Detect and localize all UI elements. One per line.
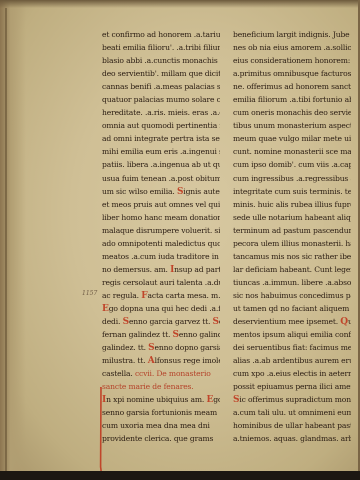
- line-text: galindez. tt.: [102, 343, 148, 352]
- text-line: pecora ulem illius monasterii. habi: [233, 237, 351, 250]
- text-line: dedi. Senno garcia garvez tt. Senno: [102, 315, 220, 328]
- line-text: patiis. libera .a.ingenua ab ut quodem: [102, 160, 220, 169]
- line-text: go dopna una qui hec dedi .a.fie sup.: [109, 304, 220, 313]
- line-text: ic offerimus supradictum monasterium: [239, 395, 351, 404]
- text-line: a.tniemos. aquas. glandmas. arbo: [233, 432, 351, 445]
- text-line: blasio abbi .a.cunctis monachis ibi: [102, 54, 220, 67]
- text-line: lar deficiam habeant. Cunt legeras: [233, 263, 351, 276]
- text-line: ut tamen qd no faciant aliquem: [233, 302, 351, 315]
- text-line: castella. ccvii. De monasterio: [102, 367, 220, 380]
- line-text: sede ulle notarium habeant aliquem: [233, 213, 351, 222]
- line-text: sic nos habuimus concedimus patri: [233, 291, 351, 300]
- line-text: acta carta mesa. m.c.xlvii.: [147, 291, 220, 300]
- line-text: blasio abbi .a.cunctis monachis ibi: [102, 56, 220, 65]
- line-text: malaque disrumpere voluerit. sit: [102, 226, 220, 235]
- line-text: lfonsus rege imoleto: [155, 356, 220, 365]
- line-text: meatos .a.cum iuda traditore in infer: [102, 252, 220, 261]
- line-text: integritate cum suis terminis. ter: [233, 187, 351, 196]
- line-text: deservientium mee ipsemet.: [233, 317, 340, 326]
- rubric-initial: A: [148, 356, 155, 366]
- margin-note: 1157: [82, 290, 97, 297]
- line-text: no demersus. am.: [102, 265, 170, 274]
- line-text: eius considerationem honorem: hac ratio: [233, 56, 351, 65]
- text-line: mihi emilia eum eris .a.ingenui sub: [102, 145, 220, 158]
- rubric-heading: sancte marie de fenares.: [102, 382, 194, 391]
- line-text: cannas benifi .a.meas palacias sunt: [102, 82, 220, 91]
- line-text: lar deficiam habeant. Cunt legeras: [233, 265, 351, 274]
- manuscript-page: 1157 et confirmo ad honorem .a.tariumbea…: [0, 0, 360, 471]
- text-line: hereditate. .a.ris. mieis. eras .a.colla…: [102, 106, 220, 119]
- line-text: cum uxoria mea dna mea dni: [102, 421, 210, 430]
- text-line: tibus unum monasterium aspecti: [233, 119, 351, 132]
- line-text: et meos pruis aut omnes vel quis: [102, 200, 220, 209]
- line-text: cunt. nomine monasterii sce marie: [233, 147, 351, 156]
- text-line: a.primitus omnibusque facturos remissio: [233, 67, 351, 80]
- line-text: tibus unum monasterium aspecti: [233, 121, 351, 130]
- line-text: cum xpo .a.eius electis in aeternum: [233, 369, 351, 378]
- line-text: a.primitus omnibusque facturos remissio: [233, 69, 351, 78]
- text-line: sic nos habuimus concedimus patri: [233, 289, 351, 302]
- text-line: omnia aut quomodi pertinentia mecoll: [102, 119, 220, 132]
- text-line: cum ingressibus .a.regressibus aliis: [233, 172, 351, 185]
- text-line: possit epiuamus perna ilici amen.: [233, 380, 351, 393]
- text-line: emilia filiorum .a.tibi fortunio abbi: [233, 93, 351, 106]
- rubric-heading: ccvii. De monasterio: [135, 369, 211, 378]
- text-line: Ego dopna una qui hec dedi .a.fie sup.: [102, 302, 220, 315]
- text-line: cum xpo .a.eius electis in aeternum: [233, 367, 351, 380]
- line-text: ignis autem: [183, 187, 220, 196]
- line-text: hominibus de ullar habeant pasti: [233, 421, 351, 430]
- text-line: hominibus de ullar habeant pasti: [233, 419, 351, 432]
- text-line: integritate cum suis terminis. ter: [233, 185, 351, 198]
- line-text: uatur: [348, 317, 351, 326]
- text-line: alias .a.ab ardentibus aurem eru .a.: [233, 354, 351, 367]
- text-line: deo servientib'. millam que dicitur: [102, 67, 220, 80]
- line-text: pecora ulem illius monasterii. habi: [233, 239, 351, 248]
- line-text: ado omnipotenti maledictus quomo: [102, 239, 220, 248]
- text-line: milustra. tt. Alfonsus rege imoleto: [102, 354, 220, 367]
- text-line: cum ipso domib'. cum viis .a.capitis.: [233, 158, 351, 171]
- text-line: mentos ipsum aliqui emilia confessor: [233, 328, 351, 341]
- text-line: beati emilia filioru'. .a.tribi filium p…: [102, 41, 220, 54]
- line-text: ne. offerimus ad honorem sanctissimi: [233, 82, 351, 91]
- text-line: sede ulle notarium habeant aliquem: [233, 211, 351, 224]
- line-text: et confirmo ad honorem .a.tarium: [102, 30, 220, 39]
- line-text: possit epiuamus perna ilici amen.: [233, 382, 351, 391]
- text-line: providente clerica. que grams: [102, 432, 220, 445]
- rubric-initial: Q: [340, 317, 348, 327]
- text-line: patiis. libera .a.ingenua ab ut quodem: [102, 158, 220, 171]
- line-text: senno garsia fortunionis meam: [102, 408, 217, 417]
- line-text: go: [213, 395, 220, 404]
- text-line: cunt. nomine monasterii sce marie: [233, 145, 351, 158]
- text-line: tiuncas .a.immun. libere .a.absolutio: [233, 276, 351, 289]
- line-text: liber homo hanc meam donationem: [102, 213, 220, 222]
- text-line: Sic offerimus supradictum monasterium: [233, 393, 351, 406]
- line-text: beneficium largit indignis. Jube: [233, 30, 350, 39]
- text-line: eius considerationem honorem: hac ratio: [233, 54, 351, 67]
- line-text: regis cersolaut auri talenta .a.duplu: [102, 278, 220, 287]
- line-text: terminum ad pastum pascendum ;: [233, 226, 351, 235]
- line-text: ad omni integrate pertra ista servitut: [102, 134, 220, 143]
- decorated-initial-i: [96, 387, 104, 471]
- text-line: ne. offerimus ad honorem sanctissimi: [233, 80, 351, 93]
- line-text: deo servientib'. millam que dicitur: [102, 69, 220, 78]
- text-line: deservientium mee ipsemet. Quatur: [233, 315, 351, 328]
- line-text: castella.: [102, 369, 135, 378]
- rubric-initial: E: [102, 304, 109, 314]
- line-text: minis. huic alis rubea illius fuprca: [233, 200, 351, 209]
- line-text: um sic wilso emilia.: [102, 187, 177, 196]
- text-line: In xpi nomine ubiquius am. Ego: [102, 393, 220, 406]
- line-text: enno: [219, 317, 220, 326]
- line-text: milustra. tt.: [102, 356, 148, 365]
- text-line: liber homo hanc meam donationem: [102, 211, 220, 224]
- text-line: no demersus. am. Insup ad partem: [102, 263, 220, 276]
- text-line: ac regula. Facta carta mesa. m.c.xlvii.: [102, 289, 220, 302]
- line-text: mihi emilia eum eris .a.ingenui sub: [102, 147, 220, 156]
- text-line: et meos pruis aut omnes vel quis: [102, 198, 220, 211]
- line-text: omnia aut quomodi pertinentia mecoll: [102, 121, 220, 130]
- text-line: minis. huic alis rubea illius fuprca: [233, 198, 351, 211]
- text-line: ado omnipotenti maledictus quomo: [102, 237, 220, 250]
- line-text: dei seruentibus fiat: facimus mercede: [233, 343, 351, 352]
- text-line: a.cum tali ulu. ut omnimeni eum: [233, 406, 351, 419]
- line-text: cum ipso domib'. cum viis .a.capitis.: [233, 160, 351, 169]
- page-top-edge: [0, 0, 358, 8]
- line-text: mentos ipsum aliqui emilia confessor: [233, 330, 351, 339]
- text-line: cum uxoria mea dna mea dni: [102, 419, 220, 432]
- scan-bottom-edge: [0, 471, 360, 480]
- line-text: cum oneris monachis deo servien: [233, 108, 351, 117]
- line-text: providente clerica. que grams: [102, 434, 213, 443]
- line-text: beati emilia filioru'. .a.tribi filium p…: [102, 43, 220, 52]
- text-line: terminum ad pastum pascendum ;: [233, 224, 351, 237]
- line-text: alias .a.ab ardentibus aurem eru .a.: [233, 356, 351, 365]
- line-text: quatuor palacias mumo solare cum: [102, 95, 220, 104]
- line-text: n xpi nomine ubiquius am.: [106, 395, 206, 404]
- line-text: cum ingressibus .a.regressibus aliis: [233, 174, 351, 183]
- right-text-column: beneficium largit indignis. Jubenes ob n…: [233, 28, 351, 446]
- line-text: ac regula.: [102, 291, 141, 300]
- text-line: fernan galindez tt. Senno galindo: [102, 328, 220, 341]
- binding-gutter: [5, 8, 7, 471]
- text-line: meum quae vulgo milar mete ui: [233, 132, 351, 145]
- text-line: cum oneris monachis deo servien: [233, 106, 351, 119]
- line-text: usua fuim tenean .a.post obitum me: [102, 174, 220, 183]
- text-line: sancte marie de fenares.: [102, 380, 220, 393]
- text-line: et confirmo ad honorem .a.tarium: [102, 28, 220, 41]
- line-text: dedi.: [102, 317, 123, 326]
- line-text: enno garcia garvez tt.: [129, 317, 213, 326]
- text-line: tancamus mis nos sic rather ibe vel: [233, 250, 351, 263]
- left-text-column: et confirmo ad honorem .a.tariumbeati em…: [102, 28, 220, 446]
- line-text: ut tamen qd no faciant aliquem: [233, 304, 349, 313]
- line-text: tiuncas .a.immun. libere .a.absolutio: [233, 278, 351, 287]
- text-line: quatuor palacias mumo solare cum: [102, 93, 220, 106]
- line-text: nes ob nia eius amorem .a.sollicitu: [233, 43, 351, 52]
- text-line: um sic wilso emilia. Signis autem: [102, 185, 220, 198]
- line-text: a.tniemos. aquas. glandmas. arbo: [233, 434, 351, 443]
- line-text: hereditate. .a.ris. mieis. eras .a.colla…: [102, 108, 220, 117]
- text-line: cannas benifi .a.meas palacias sunt: [102, 80, 220, 93]
- text-line: beneficium largit indignis. Jube: [233, 28, 351, 41]
- text-line: ad omni integrate pertra ista servitut: [102, 132, 220, 145]
- line-text: tancamus mis nos sic rather ibe vel: [233, 252, 351, 261]
- line-text: fernan galindez tt.: [102, 330, 173, 339]
- line-text: nsup ad partem: [174, 265, 220, 274]
- text-line: dei seruentibus fiat: facimus mercede: [233, 341, 351, 354]
- text-line: usua fuim tenean .a.post obitum me: [102, 172, 220, 185]
- line-text: meum quae vulgo milar mete ui: [233, 134, 351, 143]
- text-line: galindez. tt. Senno dopno garsia: [102, 341, 220, 354]
- line-text: a.cum tali ulu. ut omnimeni eum: [233, 408, 351, 417]
- text-line: senno garsia fortunionis meam: [102, 406, 220, 419]
- text-line: meatos .a.cum iuda traditore in infer: [102, 250, 220, 263]
- text-line: regis cersolaut auri talenta .a.duplu: [102, 276, 220, 289]
- text-line: malaque disrumpere voluerit. sit: [102, 224, 220, 237]
- text-line: nes ob nia eius amorem .a.sollicitu: [233, 41, 351, 54]
- line-text: enno galindo: [179, 330, 220, 339]
- line-text: enno dopno garsia: [155, 343, 220, 352]
- line-text: emilia filiorum .a.tibi fortunio abbi: [233, 95, 351, 104]
